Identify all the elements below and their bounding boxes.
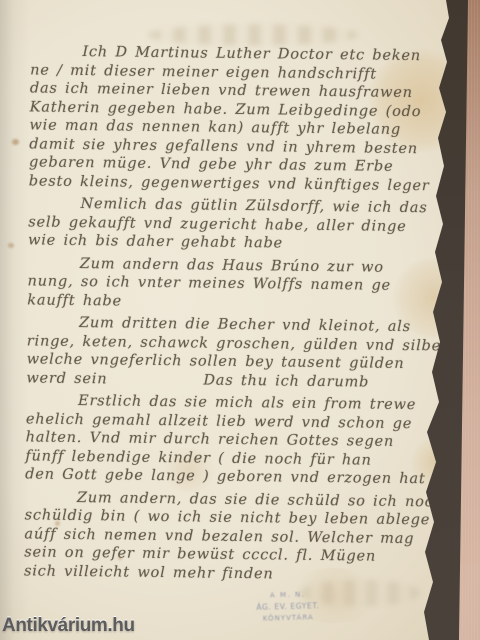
- watermark-antikvarium: Antikvárium.hu: [2, 615, 135, 637]
- stamp-line: ÁG. EV. EGYET.: [228, 600, 348, 612]
- stamp-line: A M. N.: [228, 589, 348, 600]
- photo-background: Ich D Martinus Luther Doctor etc bekenne…: [0, 0, 480, 640]
- manuscript-page: Ich D Martinus Luther Doctor etc bekenne…: [0, 0, 480, 640]
- handwriting-block: Ich D Martinus Luther Doctor etc bekenne…: [0, 0, 480, 586]
- library-stamp: A M. N. ÁG. EV. EGYET. KÖNYVTÁRA: [228, 589, 349, 623]
- stamp-line: KÖNYVTÁRA: [228, 612, 348, 623]
- handwriting-line: den Gott gebe lange ) geboren vnd erzoge…: [25, 465, 416, 488]
